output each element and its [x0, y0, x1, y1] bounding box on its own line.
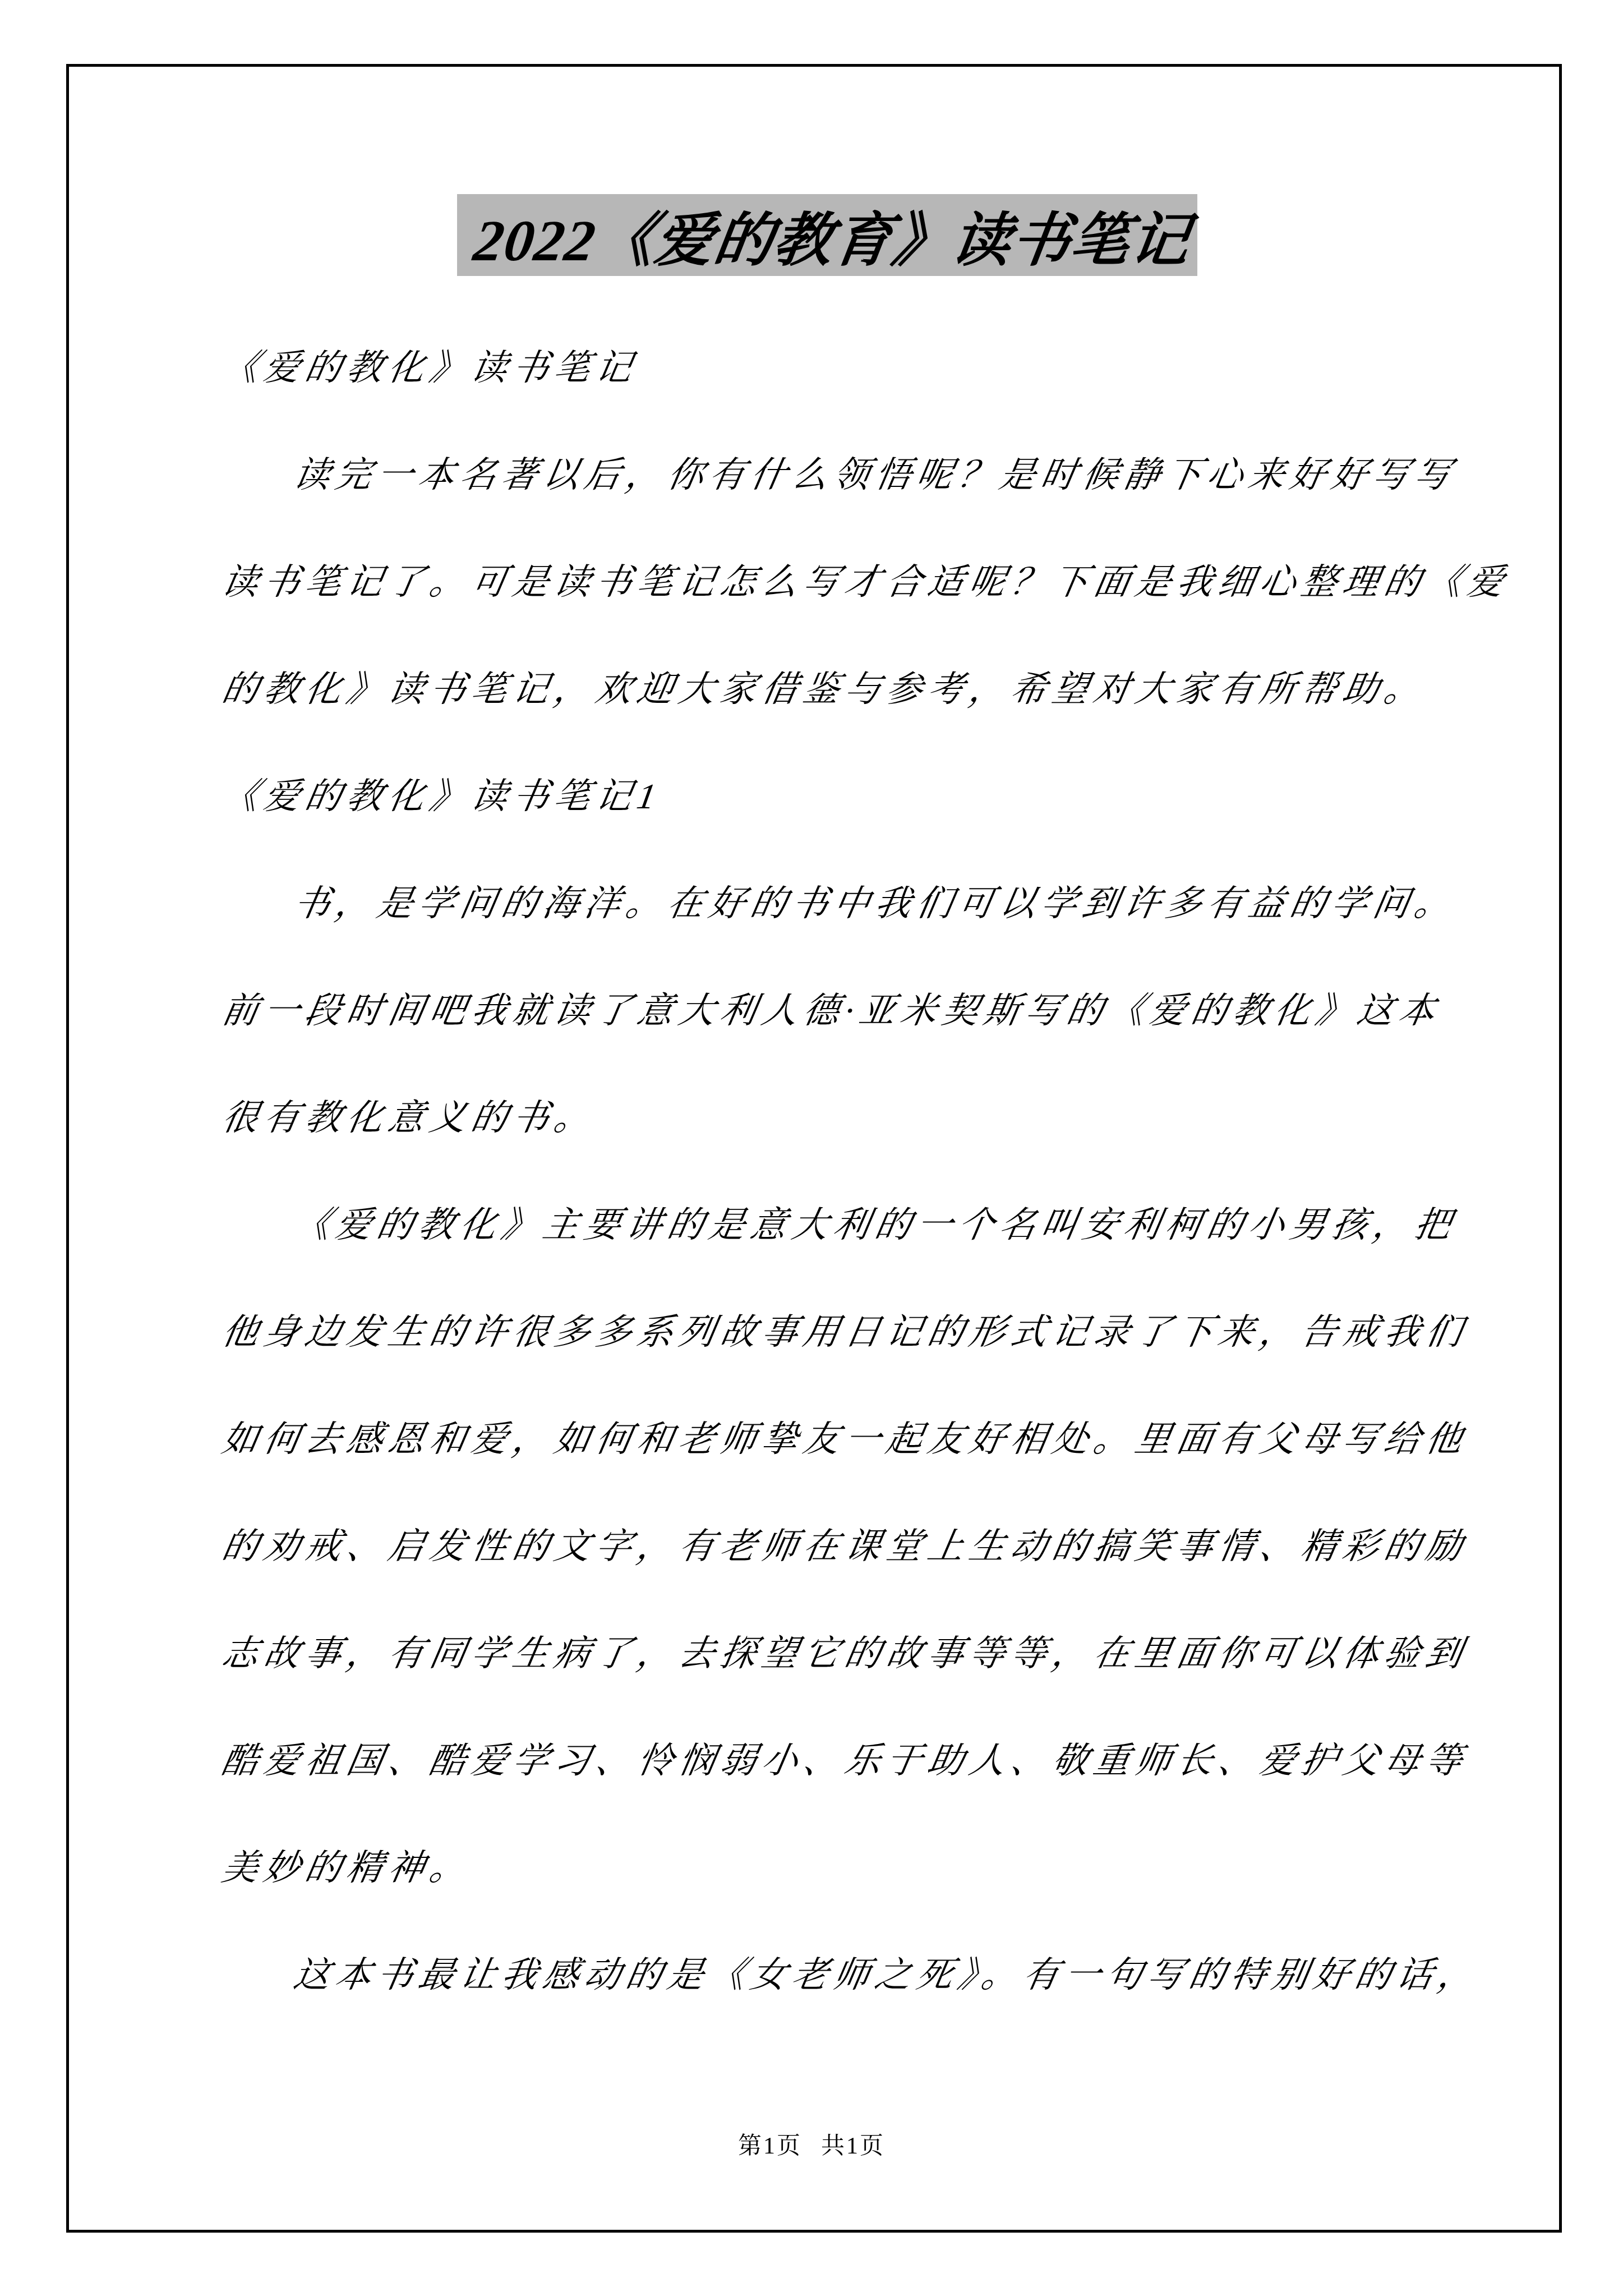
body-line-text: 美妙的精神。	[213, 1814, 481, 1921]
body-line: 如何去感恩和爱，如何和老师挚友一起友好相处。里面有父母写给他	[213, 1386, 1469, 1493]
body-line-text: 读书笔记了。可是读书笔记怎么写才合适呢？下面是我细心整理的《爱	[213, 528, 1519, 636]
body-line-text: 书，是学问的海洋。在好的书中我们可以学到许多有益的学问。	[285, 850, 1466, 957]
body-line: 美妙的精神。	[213, 1814, 1469, 1921]
page-total-label: 共1页	[821, 2133, 885, 2159]
body-line: 读完一本名著以后，你有什么领悟呢？是时候静下心来好好写写	[213, 421, 1469, 528]
body-line-text: 《爱的教化》主要讲的是意大利的一个名叫安利柯的小男孩，把	[285, 1171, 1466, 1278]
body-line-text: 读完一本名著以后，你有什么领悟呢？是时候静下心来好好写写	[285, 421, 1466, 528]
body-line: 书，是学问的海洋。在好的书中我们可以学到许多有益的学问。	[213, 850, 1469, 957]
body-line-text: 《爱的教化》读书笔记1	[213, 743, 671, 850]
title-highlight: 2022《爱的教育》读书笔记	[457, 194, 1197, 276]
page-footer: 第1页共1页	[0, 2127, 1623, 2161]
body-line: 《爱的教化》主要讲的是意大利的一个名叫安利柯的小男孩，把	[213, 1171, 1469, 1278]
body-line-text: 的教化》读书笔记，欢迎大家借鉴与参考，希望对大家有所帮助。	[213, 636, 1436, 743]
body-line-text: 《爱的教化》读书笔记	[213, 314, 647, 421]
body-line: 酷爱祖国、酷爱学习、怜悯弱小、乐于助人、敬重师长、爱护父母等	[213, 1707, 1469, 1814]
body-line-text: 志故事，有同学生病了，去探望它的故事等等，在里面你可以体验到	[213, 1600, 1477, 1707]
body-line-text: 的劝戒、启发性的文字，有老师在课堂上生动的搞笑事情、精彩的励	[213, 1493, 1477, 1600]
body-line-text: 很有教化意义的书。	[213, 1064, 606, 1171]
body-line: 很有教化意义的书。	[213, 1064, 1469, 1171]
body-line: 志故事，有同学生病了，去探望它的故事等等，在里面你可以体验到	[213, 1600, 1469, 1707]
body-line: 他身边发生的许很多多系列故事用日记的形式记录了下来，告戒我们	[213, 1278, 1469, 1386]
body-line: 《爱的教化》读书笔记	[213, 314, 1469, 421]
body-line-text: 如何去感恩和爱，如何和老师挚友一起友好相处。里面有父母写给他	[213, 1386, 1477, 1493]
document-body: 《爱的教化》读书笔记 读完一本名著以后，你有什么领悟呢？是时候静下心来好好写写 …	[213, 314, 1469, 2028]
page-number-label: 第1页	[738, 2133, 802, 2159]
body-line: 《爱的教化》读书笔记1	[213, 743, 1469, 850]
body-line: 的教化》读书笔记，欢迎大家借鉴与参考，希望对大家有所帮助。	[213, 636, 1469, 743]
document-title: 2022《爱的教育》读书笔记	[469, 193, 1197, 277]
body-line: 这本书最让我感动的是《女老师之死》。有一句写的特别好的话，	[213, 1921, 1469, 2028]
body-line-text: 这本书最让我感动的是《女老师之死》。有一句写的特别好的话，	[285, 1921, 1490, 2028]
body-line: 读书笔记了。可是读书笔记怎么写才合适呢？下面是我细心整理的《爱	[213, 528, 1469, 636]
document-page: 2022《爱的教育》读书笔记 《爱的教化》读书笔记 读完一本名著以后，你有什么领…	[0, 0, 1623, 2296]
body-line: 的劝戒、启发性的文字，有老师在课堂上生动的搞笑事情、精彩的励	[213, 1493, 1469, 1600]
body-line-text: 前一段时间吧我就读了意大利人德·亚米契斯写的《爱的教化》这本	[213, 957, 1450, 1064]
body-line-text: 他身边发生的许很多多系列故事用日记的形式记录了下来，告戒我们	[213, 1278, 1477, 1386]
body-line: 前一段时间吧我就读了意大利人德·亚米契斯写的《爱的教化》这本	[213, 957, 1469, 1064]
body-line-text: 酷爱祖国、酷爱学习、怜悯弱小、乐于助人、敬重师长、爱护父母等	[213, 1707, 1477, 1814]
